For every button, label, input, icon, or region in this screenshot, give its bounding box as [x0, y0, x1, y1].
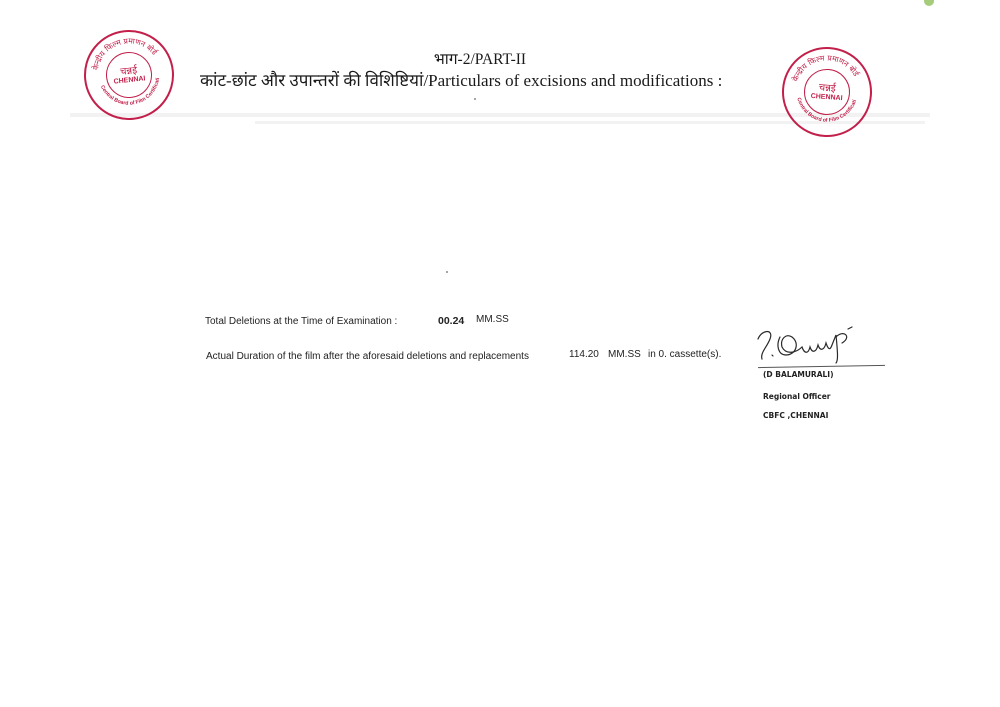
- duration-value: 114.20: [569, 349, 599, 360]
- officer-title: Regional Officer: [763, 392, 831, 401]
- document-page: केन्द्रीय फिल्म प्रमाणन बोर्ड Central Bo…: [0, 0, 1000, 707]
- duration-label: Actual Duration of the film after the af…: [206, 351, 529, 362]
- part-label: भाग-2/PART-II: [0, 47, 960, 69]
- signature-line: [758, 365, 885, 368]
- deletions-label: Total Deletions at the Time of Examinati…: [205, 316, 397, 327]
- scan-speck: [474, 98, 476, 100]
- section-title: कांट-छांट और उपान्तरों की विशिष्टियां/Pa…: [200, 68, 722, 91]
- duration-unit: MM.SS: [608, 349, 641, 360]
- officer-name: (D BALAMURALI): [763, 370, 834, 379]
- scan-speck: [446, 271, 448, 273]
- seal-city-english: CHENNAI: [810, 92, 842, 102]
- officer-organization: CBFC ,CHENNAI: [763, 411, 828, 420]
- deletions-unit: MM.SS: [476, 314, 509, 325]
- cbfc-seal-left: केन्द्रीय फिल्म प्रमाणन बोर्ड Central Bo…: [80, 26, 179, 125]
- deletions-value: 00.24: [438, 315, 464, 327]
- officer-signature: [752, 325, 862, 365]
- cassette-count: in 0. cassette(s).: [648, 349, 721, 360]
- seal-city-english: CHENNAI: [113, 75, 146, 86]
- scan-artifact: [924, 0, 934, 6]
